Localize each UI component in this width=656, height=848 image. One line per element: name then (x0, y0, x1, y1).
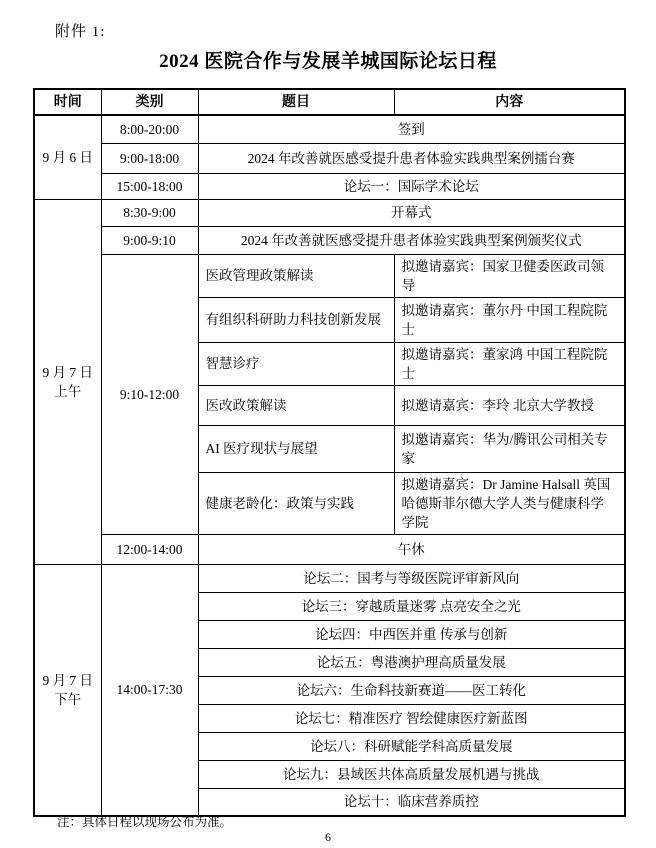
event-cell: 论坛一：国际学术论坛 (198, 173, 625, 199)
table-row: 9:10-12:00 医政管理政策解读 拟邀请嘉宾：国家卫健委医政司领导 (34, 254, 625, 297)
date-line2: 下午 (39, 690, 97, 709)
date-cell-sep6: 9 月 6 日 (34, 115, 101, 199)
topic-cell: AI 医疗现状与展望 (198, 425, 394, 472)
forum-cell: 论坛四：中西医并重 传承与创新 (198, 620, 625, 648)
table-row: 9:00-18:00 2024 年改善就医感受提升患者体验实践典型案例擂台赛 (34, 143, 625, 173)
topic-cell: 医改政策解读 (198, 385, 394, 425)
guest-cell: 拟邀请嘉宾：华为/腾讯公司相关专家 (394, 425, 625, 472)
event-cell: 2024 年改善就医感受提升患者体验实践典型案例擂台赛 (198, 143, 625, 173)
date-line2: 上午 (39, 382, 97, 401)
event-cell: 2024 年改善就医感受提升患者体验实践典型案例颁奖仪式 (198, 226, 625, 254)
guest-cell: 拟邀请嘉宾：董尔丹 中国工程院院士 (394, 297, 625, 342)
table-row: 12:00-14:00 午休 (34, 534, 625, 564)
forum-cell: 论坛九：县域医共体高质量发展机遇与挑战 (198, 760, 625, 788)
schedule-table: 时间 类别 题目 内容 9 月 6 日 8:00-20:00 签到 9:00-1… (33, 88, 626, 817)
column-header-category: 类别 (101, 89, 198, 115)
event-cell: 午休 (198, 534, 625, 564)
table-row: 9 月 7 日 上午 8:30-9:00 开幕式 (34, 199, 625, 226)
guest-cell: 拟邀请嘉宾：Dr Jamine Halsall 英国哈德斯菲尔德大学人类与健康科… (394, 472, 625, 534)
table-row: 15:00-18:00 论坛一：国际学术论坛 (34, 173, 625, 199)
time-cell: 15:00-18:00 (101, 173, 198, 199)
date-line1: 9 月 7 日 (39, 671, 97, 690)
topic-cell: 健康老龄化：政策与实践 (198, 472, 394, 534)
session-time-cell: 9:10-12:00 (101, 254, 198, 534)
date-line1: 9 月 7 日 (39, 363, 97, 382)
time-cell: 8:00-20:00 (101, 115, 198, 143)
time-cell: 8:30-9:00 (101, 199, 198, 226)
date-cell-sep7-morning: 9 月 7 日 上午 (34, 199, 101, 564)
topic-cell: 有组织科研助力科技创新发展 (198, 297, 394, 342)
forum-cell: 论坛五：粤港澳护理高质量发展 (198, 648, 625, 676)
forum-cell: 论坛六：生命科技新赛道——医工转化 (198, 676, 625, 704)
forum-cell: 论坛二：国考与等级医院评审新风向 (198, 564, 625, 592)
table-row: 9 月 7 日 下午 14:00-17:30 论坛二：国考与等级医院评审新风向 (34, 564, 625, 592)
attachment-label: 附件 1: (55, 20, 105, 41)
date-cell-sep7-afternoon: 9 月 7 日 下午 (34, 564, 101, 816)
forum-cell: 论坛八：科研赋能学科高质量发展 (198, 732, 625, 760)
table-row: 9 月 6 日 8:00-20:00 签到 (34, 115, 625, 143)
guest-cell: 拟邀请嘉宾：李玲 北京大学教授 (394, 385, 625, 425)
page-title: 2024 医院合作与发展羊城国际论坛日程 (0, 46, 656, 73)
column-header-topic: 题目 (198, 89, 394, 115)
guest-cell: 拟邀请嘉宾：董家鸿 中国工程院院士 (394, 342, 625, 385)
topic-cell: 智慧诊疗 (198, 342, 394, 385)
event-cell: 开幕式 (198, 199, 625, 226)
topic-cell: 医政管理政策解读 (198, 254, 394, 297)
forum-cell: 论坛十：临床营养质控 (198, 788, 625, 816)
forum-cell: 论坛三：穿越质量迷雾 点亮安全之光 (198, 592, 625, 620)
table-row: 9:00-9:10 2024 年改善就医感受提升患者体验实践典型案例颁奖仪式 (34, 226, 625, 254)
forum-cell: 论坛七：精准医疗 智绘健康医疗新蓝图 (198, 704, 625, 732)
header-row: 时间 类别 题目 内容 (34, 89, 625, 115)
session-time-cell: 14:00-17:30 (101, 564, 198, 816)
footnote: 注：具体日程以现场公布为准。 (57, 812, 232, 830)
event-cell: 签到 (198, 115, 625, 143)
time-cell: 9:00-9:10 (101, 226, 198, 254)
guest-cell: 拟邀请嘉宾：国家卫健委医政司领导 (394, 254, 625, 297)
page-number: 6 (0, 830, 656, 845)
column-header-content: 内容 (394, 89, 625, 115)
time-cell: 12:00-14:00 (101, 534, 198, 564)
column-header-time: 时间 (34, 89, 101, 115)
time-cell: 9:00-18:00 (101, 143, 198, 173)
